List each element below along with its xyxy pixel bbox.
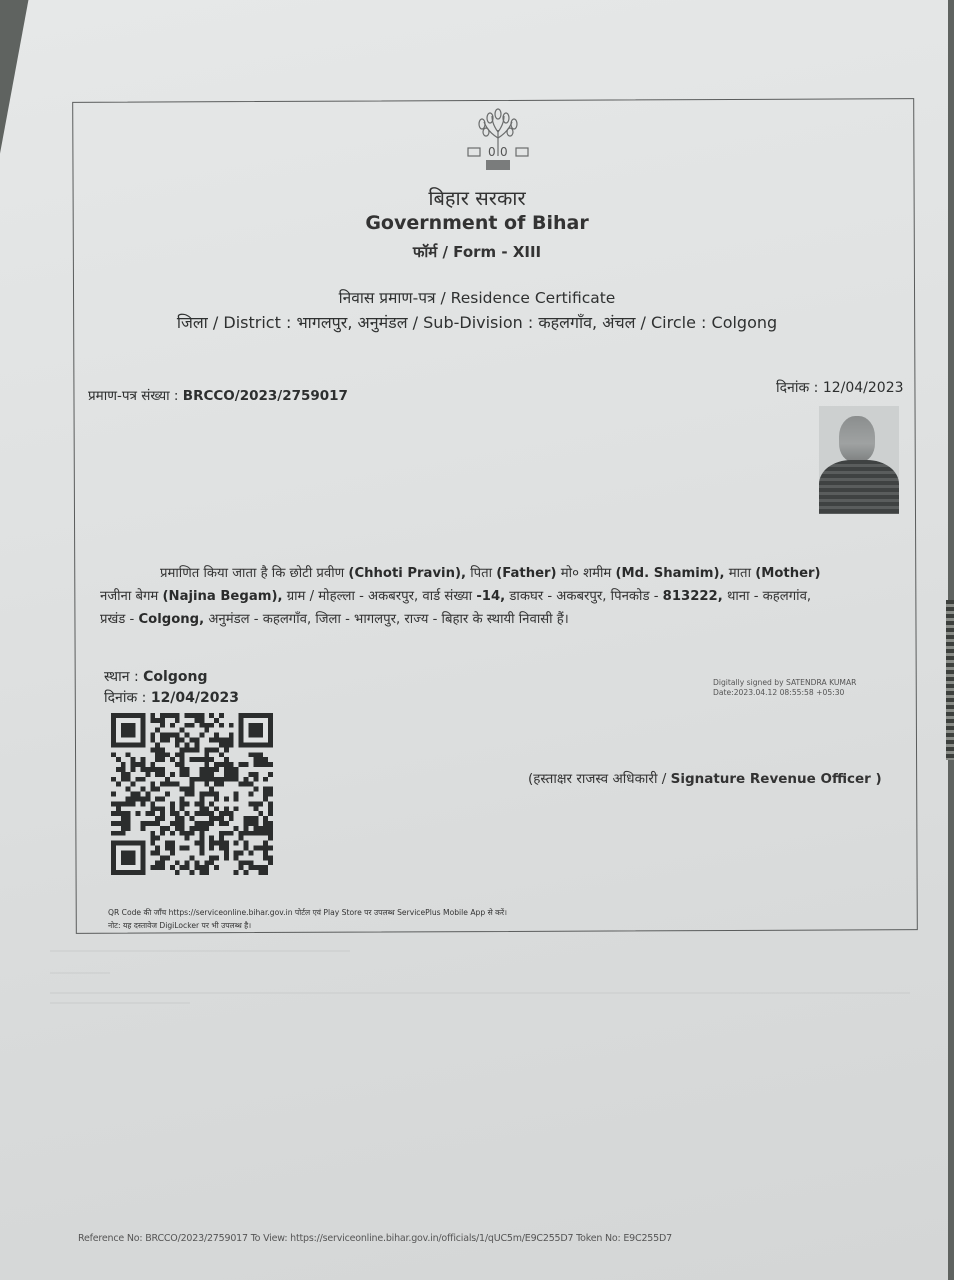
signature-label: (हस्ताक्षर राजस्व अधिकारी / Signature Re… (528, 769, 882, 787)
certificate-number: प्रमाण-पत्र संख्या : BRCCO/2023/2759017 (88, 386, 348, 404)
svg-text:0: 0 (500, 145, 508, 159)
subdivision-value: कहलगाँव, (538, 313, 597, 332)
district-label: जिला / District : (177, 313, 292, 332)
jurisdiction-line: जिला / District : भागलपुर, अनुमंडल / Sub… (0, 311, 954, 333)
qr-verification-note: QR Code की जाँच https://serviceonline.bi… (108, 906, 507, 932)
background-object (946, 600, 954, 760)
issue-date: दिनांक : 12/04/2023 (104, 688, 239, 707)
certificate-date: दिनांक : 12/04/2023 (776, 378, 904, 397)
circle-value: Colgong (712, 313, 778, 332)
svg-text:0: 0 (488, 145, 496, 159)
digital-signature: Digitally signed by SATENDRA KUMAR Date:… (713, 678, 856, 698)
subdivision-label: अनुमंडल / Sub-Division : (358, 313, 534, 332)
header-title: Government of Bihar (0, 212, 954, 234)
applicant-photo (819, 406, 899, 514)
district-value: भागलपुर, (296, 313, 352, 332)
certificate-type: निवास प्रमाण-पत्र / Residence Certificat… (0, 286, 954, 308)
certification-paragraph: प्रमाणित किया जाता है कि छोटी प्रवीण (Ch… (100, 562, 912, 631)
issue-place: स्थान : Colgong (104, 667, 207, 686)
qr-code-icon[interactable] (109, 713, 275, 875)
form-number: फॉर्म / Form - XIII (0, 242, 954, 262)
bihar-emblem-icon: 0 0 (462, 108, 534, 174)
header-title-hindi: बिहार सरकार (0, 184, 954, 211)
reference-footer: Reference No: BRCCO/2023/2759017 To View… (78, 1233, 672, 1244)
circle-label: अंचल / Circle : (602, 313, 706, 332)
